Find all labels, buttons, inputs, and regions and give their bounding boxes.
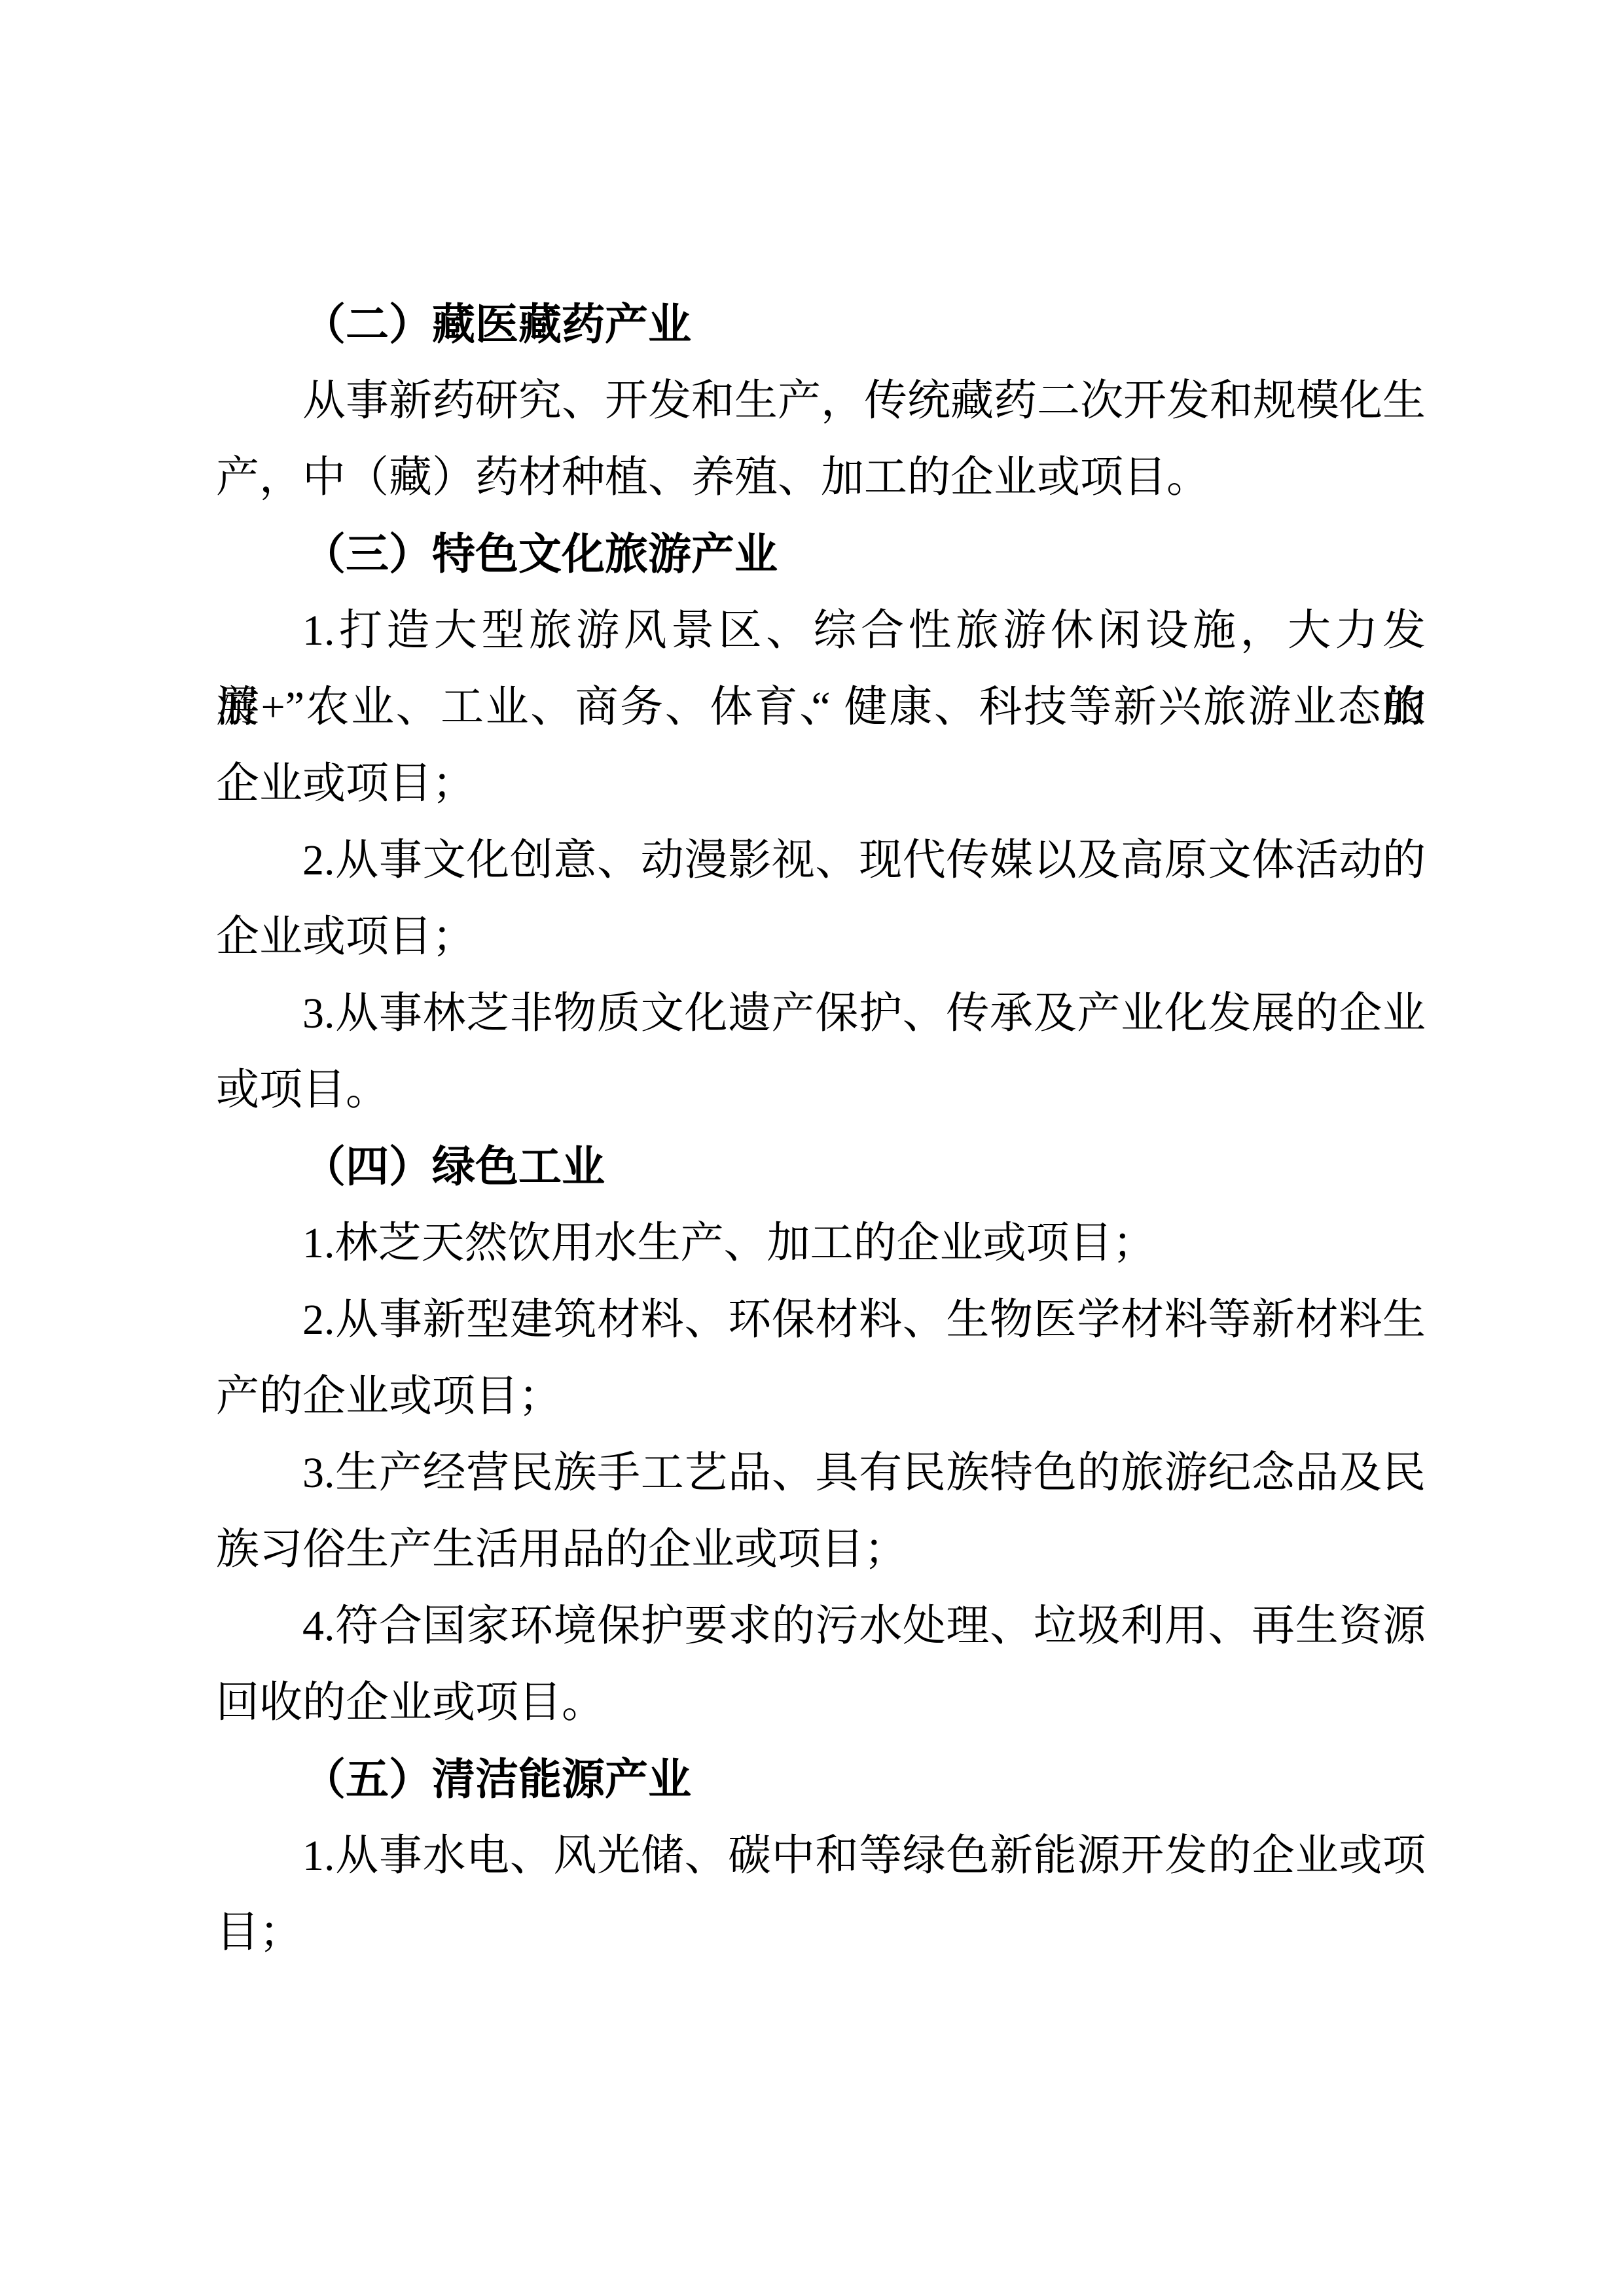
body-text-line: 目；	[216, 1894, 1426, 1971]
body-text-line: 3.生产经营民族手工艺品、具有民族特色的旅游纪念品及民	[216, 1435, 1426, 1511]
body-text-line: 4.符合国家环境保护要求的污水处理、垃圾利用、再生资源	[216, 1588, 1426, 1664]
body-text-line: 产，中（藏）药材种植、养殖、加工的企业或项目。	[216, 439, 1426, 516]
body-text-line: 族习俗生产生活用品的企业或项目；	[216, 1511, 1426, 1588]
body-text-line: 3.从事林芝非物质文化遗产保护、传承及产业化发展的企业	[216, 975, 1426, 1052]
document-page: （二）藏医藏药产业从事新药研究、开发和生产，传统藏药二次开发和规模化生产，中（藏…	[0, 0, 1624, 2296]
body-text-line: 1.林芝天然饮用水生产、加工的企业或项目；	[216, 1205, 1426, 1282]
body-text-line: 2.从事新型建筑材料、环保材料、生物医学材料等新材料生	[216, 1282, 1426, 1358]
section-heading-line: （三）特色文化旅游产业	[216, 516, 1426, 592]
body-text-line: 2.从事文化创意、动漫影视、现代传媒以及高原文体活动的	[216, 822, 1426, 899]
section-heading-line: （五）清洁能源产业	[216, 1741, 1426, 1818]
body-text-line: 产的企业或项目；	[216, 1358, 1426, 1435]
body-text-line: 从事新药研究、开发和生产，传统藏药二次开发和规模化生	[216, 363, 1426, 439]
body-text-line: 1.从事水电、风光储、碳中和等绿色新能源开发的企业或项	[216, 1818, 1426, 1894]
body-text-line: 游+”农业、工业、商务、体育、健康、科技等新兴旅游业态的	[216, 669, 1426, 745]
body-text-line: 企业或项目；	[216, 745, 1426, 822]
body-text-line: 或项目。	[216, 1052, 1426, 1128]
body-text-line: 1.打造大型旅游风景区、综合性旅游休闲设施，大力发展“旅	[216, 592, 1426, 669]
body-text-line: 企业或项目；	[216, 899, 1426, 975]
section-heading-line: （四）绿色工业	[216, 1128, 1426, 1205]
body-text-line: 回收的企业或项目。	[216, 1664, 1426, 1741]
document-text-block: （二）藏医藏药产业从事新药研究、开发和生产，传统藏药二次开发和规模化生产，中（藏…	[216, 286, 1426, 1971]
section-heading-line: （二）藏医藏药产业	[216, 286, 1426, 363]
